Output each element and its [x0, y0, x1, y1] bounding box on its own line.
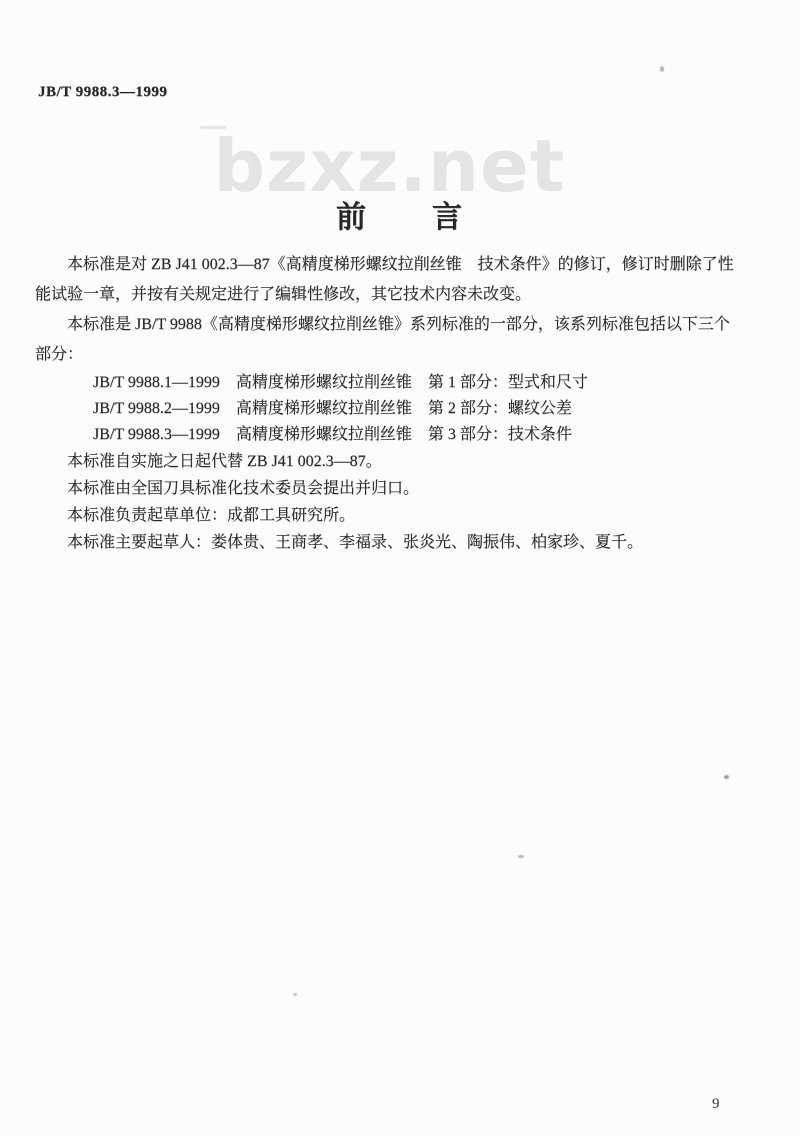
standard-number: JB/T 9988.3—1999	[38, 84, 167, 101]
body-line: 本标准负责起草单位：成都工具研究所。	[35, 502, 770, 529]
standard-part-item: JB/T 9988.3—1999 高精度梯形螺纹拉削丝锥 第 3 部分：技术条件	[35, 422, 770, 448]
standard-part-item: JB/T 9988.2—1999 高精度梯形螺纹拉削丝锥 第 2 部分：螺纹公差	[35, 396, 770, 422]
scan-speck	[293, 993, 297, 996]
scan-speck	[200, 126, 226, 129]
body-line: 本标准是 JB/T 9988《高精度梯形螺纹拉削丝锥》系列标准的一部分，该系列标…	[35, 310, 770, 340]
body-line: 本标准由全国刀具标准化技术委员会提出并归口。	[35, 475, 770, 502]
scanned-document-page: JB/T 9988.3—1999 bzxz.net 前 言 本标准是对 ZB J…	[0, 0, 800, 1136]
scan-speck	[660, 66, 664, 72]
page-title: 前 言	[0, 192, 800, 236]
body-line: 能试验一章，并按有关规定进行了编辑性修改，其它技术内容未改变。	[35, 280, 770, 310]
standard-part-item: JB/T 9988.1—1999 高精度梯形螺纹拉削丝锥 第 1 部分：型式和尺…	[35, 370, 770, 396]
body-line: 本标准主要起草人：娄体贵、王商孝、李福录、张炎光、陶振伟、柏家珍、夏千。	[35, 529, 770, 556]
scan-speck	[518, 855, 524, 858]
body-line: 部分：	[35, 340, 770, 370]
body-line: 本标准自实施之日起代替 ZB J41 002.3—87。	[35, 448, 770, 475]
scan-speck	[724, 775, 729, 779]
body-line: 本标准是对 ZB J41 002.3—87《高精度梯形螺纹拉削丝锥 技术条件》的…	[35, 250, 770, 280]
page-number: 9	[712, 1096, 720, 1113]
foreword-body: 本标准是对 ZB J41 002.3—87《高精度梯形螺纹拉削丝锥 技术条件》的…	[35, 250, 770, 556]
